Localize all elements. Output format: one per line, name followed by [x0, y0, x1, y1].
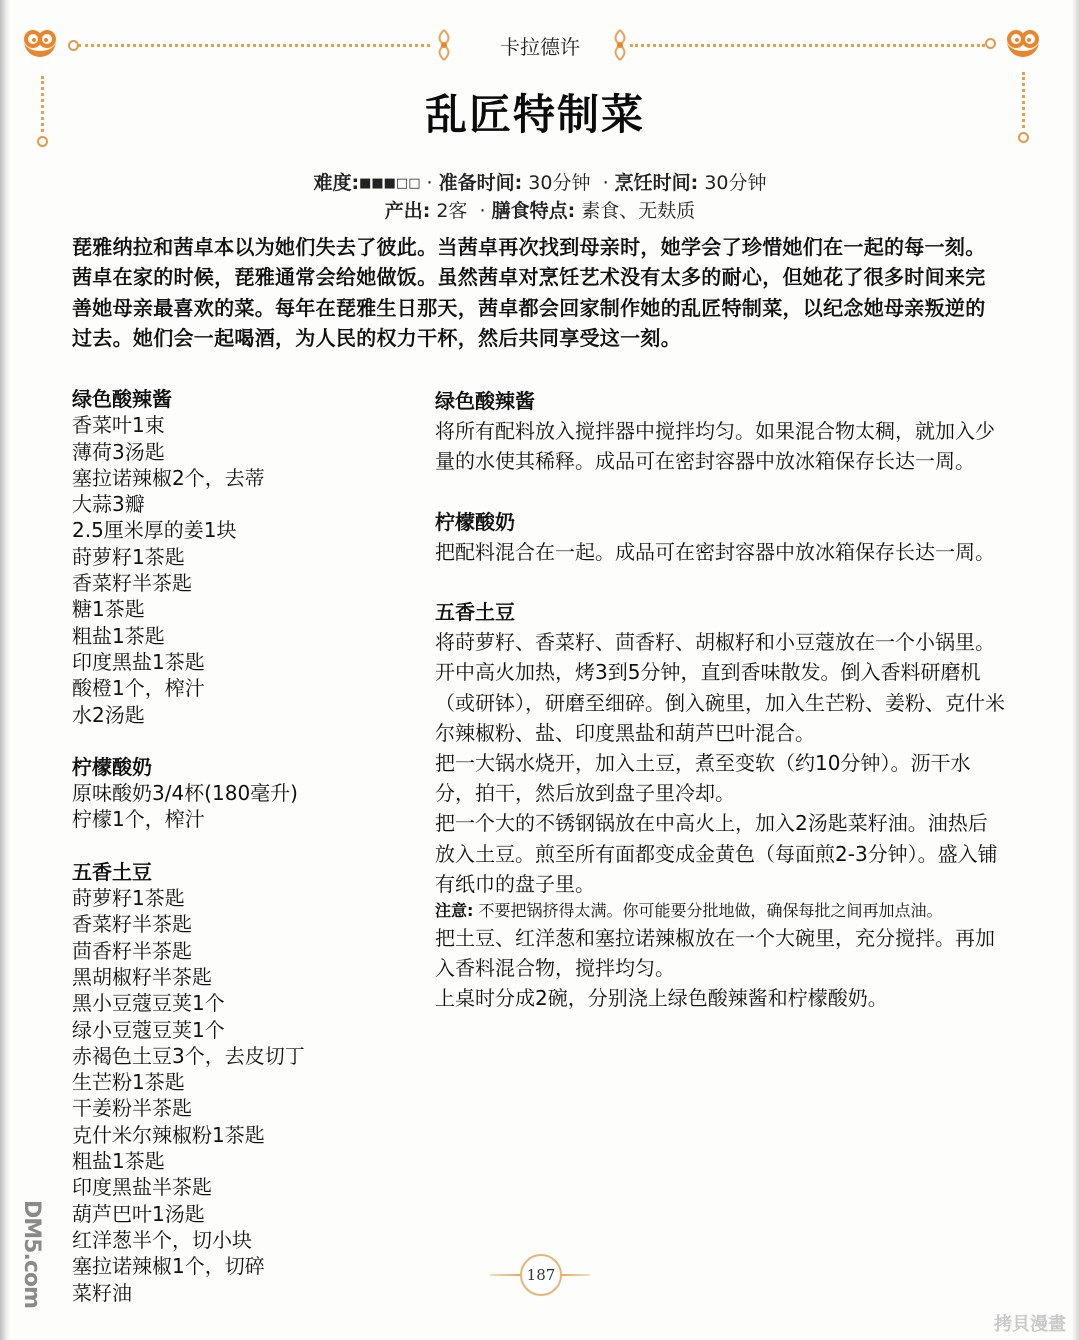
- ingredient-item: 红洋葱半个，切小块: [72, 1227, 412, 1253]
- ingredient-item: 菜籽油: [72, 1280, 412, 1306]
- yield-label: 产出:: [385, 200, 431, 222]
- separator: ·: [480, 200, 486, 222]
- ingredient-item: 印度黑盐半茶匙: [72, 1174, 412, 1200]
- ingredient-item: 粗盐1茶匙: [72, 1148, 412, 1174]
- ingredient-item: 塞拉诺辣椒1个，切碎: [72, 1253, 412, 1279]
- book-title: 卡拉德许: [0, 31, 1080, 60]
- instruction-group-potatoes: 五香土豆 将莳萝籽、香菜籽、茴香籽、胡椒籽和小豆蔻放在一个小锅里。开中高火加热，…: [435, 597, 1005, 1014]
- ingredient-item: 香菜籽半茶匙: [72, 911, 412, 937]
- recipe-intro: 琵雅纳拉和茜卓本以为她们失去了彼此。当茜卓再次找到母亲时，她学会了珍惜她们在一起…: [72, 232, 992, 353]
- diet-value: 素食、无麸质: [581, 200, 695, 222]
- instructions-column: 绿色酸辣酱 将所有配料放入搅拌器中搅拌均匀。如果混合物太稠，就加入少量的水使其稀…: [435, 386, 1005, 1014]
- recipe-title: 乱匠特制菜: [0, 82, 1070, 142]
- ingredient-item: 莳萝籽1茶匙: [72, 885, 412, 911]
- ingredient-item: 塞拉诺辣椒2个，去蒂: [72, 465, 412, 491]
- page-number-rule-left: [490, 1274, 522, 1276]
- prep-time-label: 准备时间:: [439, 172, 523, 194]
- ingredient-group-yogurt: 柠檬酸奶 原味酸奶3/4杯(180毫升) 柠檬1个，榨汁: [72, 754, 412, 833]
- ingredient-item: 原味酸奶3/4杯(180毫升): [72, 780, 412, 806]
- instruction-group-title: 绿色酸辣酱: [435, 386, 1005, 416]
- instruction-paragraph: 将莳萝籽、香菜籽、茴香籽、胡椒籽和小豆蔻放在一个小锅里。开中高火加热，烤3到5分…: [435, 627, 1005, 748]
- ingredient-item: 莳萝籽1茶匙: [72, 544, 412, 570]
- ingredient-item: 绿小豆蔻豆荚1个: [72, 1017, 412, 1043]
- ingredient-group-title: 柠檬酸奶: [72, 754, 412, 780]
- watermark-dm5: DM5.com: [14, 1200, 44, 1320]
- difficulty-rating: ■■■□□: [359, 176, 420, 191]
- note-text: 不要把锅挤得太满。你可能要分批地做，确保每批之间再加点油。: [479, 901, 943, 920]
- ingredient-group-potatoes: 五香土豆 莳萝籽1茶匙 香菜籽半茶匙 茴香籽半茶匙 黑胡椒籽半茶匙 黑小豆蔻豆荚…: [72, 859, 412, 1306]
- instruction-paragraph: 将所有配料放入搅拌器中搅拌均匀。如果混合物太稠，就加入少量的水使其稀释。成品可在…: [435, 416, 1005, 476]
- page-number-badge: 187: [490, 1254, 590, 1296]
- ingredient-item: 克什米尔辣椒粉1茶匙: [72, 1122, 412, 1148]
- ingredient-item: 干姜粉半茶匙: [72, 1095, 412, 1121]
- instruction-paragraph: 把配料混合在一起。成品可在密封容器中放冰箱保存长达一周。: [435, 537, 1005, 567]
- ingredient-item: 薄荷3汤匙: [72, 439, 412, 465]
- page-number-rule-right: [558, 1274, 590, 1276]
- watermark-copymanga: 拷貝漫畫: [994, 1310, 1066, 1336]
- instruction-paragraph: 把一大锅水烧开，加入土豆，煮至变软（约10分钟）。沥干水分，拍干，然后放到盘子里…: [435, 748, 1005, 808]
- ingredient-item: 大蒜3瓣: [72, 491, 412, 517]
- ingredient-item: 2.5厘米厚的姜1块: [72, 517, 412, 543]
- instruction-group-yogurt: 柠檬酸奶 把配料混合在一起。成品可在密封容器中放冰箱保存长达一周。: [435, 507, 1005, 567]
- cook-time-value: 30分钟: [704, 172, 766, 194]
- ingredient-item: 粗盐1茶匙: [72, 623, 412, 649]
- difficulty-label: 难度:: [313, 172, 359, 194]
- ingredient-item: 酸橙1个，榨汁: [72, 675, 412, 701]
- ingredient-item: 茴香籽半茶匙: [72, 938, 412, 964]
- yield-value: 2客: [436, 200, 467, 222]
- page-number: 187: [520, 1254, 562, 1296]
- ingredient-item: 柠檬1个，榨汁: [72, 806, 412, 832]
- ingredient-item: 黑小豆蔻豆荚1个: [72, 990, 412, 1016]
- ingredients-column: 绿色酸辣酱 香菜叶1束 薄荷3汤匙 塞拉诺辣椒2个，去蒂 大蒜3瓣 2.5厘米厚…: [72, 386, 412, 1306]
- ingredient-item: 香菜籽半茶匙: [72, 570, 412, 596]
- instruction-group-title: 五香土豆: [435, 597, 1005, 627]
- instruction-paragraph: 把一个大的不锈钢锅放在中高火上，加入2汤匙菜籽油。油热后放入土豆。煎至所有面都变…: [435, 808, 1005, 899]
- ingredient-item: 葫芦巴叶1汤匙: [72, 1201, 412, 1227]
- prep-time-value: 30分钟: [528, 172, 590, 194]
- instruction-paragraph: 把土豆、红洋葱和塞拉诺辣椒放在一个大碗里，充分搅拌。再加入香料混合物，搅拌均匀。: [435, 923, 1005, 983]
- ingredient-item: 水2汤匙: [72, 702, 412, 728]
- instruction-group-chutney: 绿色酸辣酱 将所有配料放入搅拌器中搅拌均匀。如果混合物太稠，就加入少量的水使其稀…: [435, 386, 1005, 477]
- ingredient-item: 生芒粉1茶匙: [72, 1069, 412, 1095]
- ingredient-item: 赤褐色土豆3个，去皮切丁: [72, 1043, 412, 1069]
- separator: ·: [603, 172, 609, 194]
- instruction-paragraph: 上桌时分成2碗，分别浇上绿色酸辣酱和柠檬酸奶。: [435, 983, 1005, 1013]
- ingredient-item: 糖1茶匙: [72, 596, 412, 622]
- instruction-group-title: 柠檬酸奶: [435, 507, 1005, 537]
- cook-time-label: 烹饪时间:: [615, 172, 699, 194]
- cooking-note: 注意: 不要把锅挤得太满。你可能要分批地做，确保每批之间再加点油。: [435, 900, 1005, 921]
- diet-label: 膳食特点:: [492, 200, 576, 222]
- ingredient-item: 黑胡椒籽半茶匙: [72, 964, 412, 990]
- ingredient-group-title: 五香土豆: [72, 859, 412, 885]
- ingredient-item: 香菜叶1束: [72, 412, 412, 438]
- note-label: 注意:: [435, 901, 473, 920]
- ingredient-group-chutney: 绿色酸辣酱 香菜叶1束 薄荷3汤匙 塞拉诺辣椒2个，去蒂 大蒜3瓣 2.5厘米厚…: [72, 386, 412, 728]
- recipe-meta-line-2: 产出: 2客 · 膳食特点: 素食、无麸质: [0, 196, 1080, 223]
- recipe-meta-line-1: 难度:■■■□□ · 准备时间: 30分钟 · 烹饪时间: 30分钟: [0, 168, 1080, 195]
- ingredient-group-title: 绿色酸辣酱: [72, 386, 412, 412]
- separator: ·: [427, 172, 433, 194]
- ingredient-item: 印度黑盐1茶匙: [72, 649, 412, 675]
